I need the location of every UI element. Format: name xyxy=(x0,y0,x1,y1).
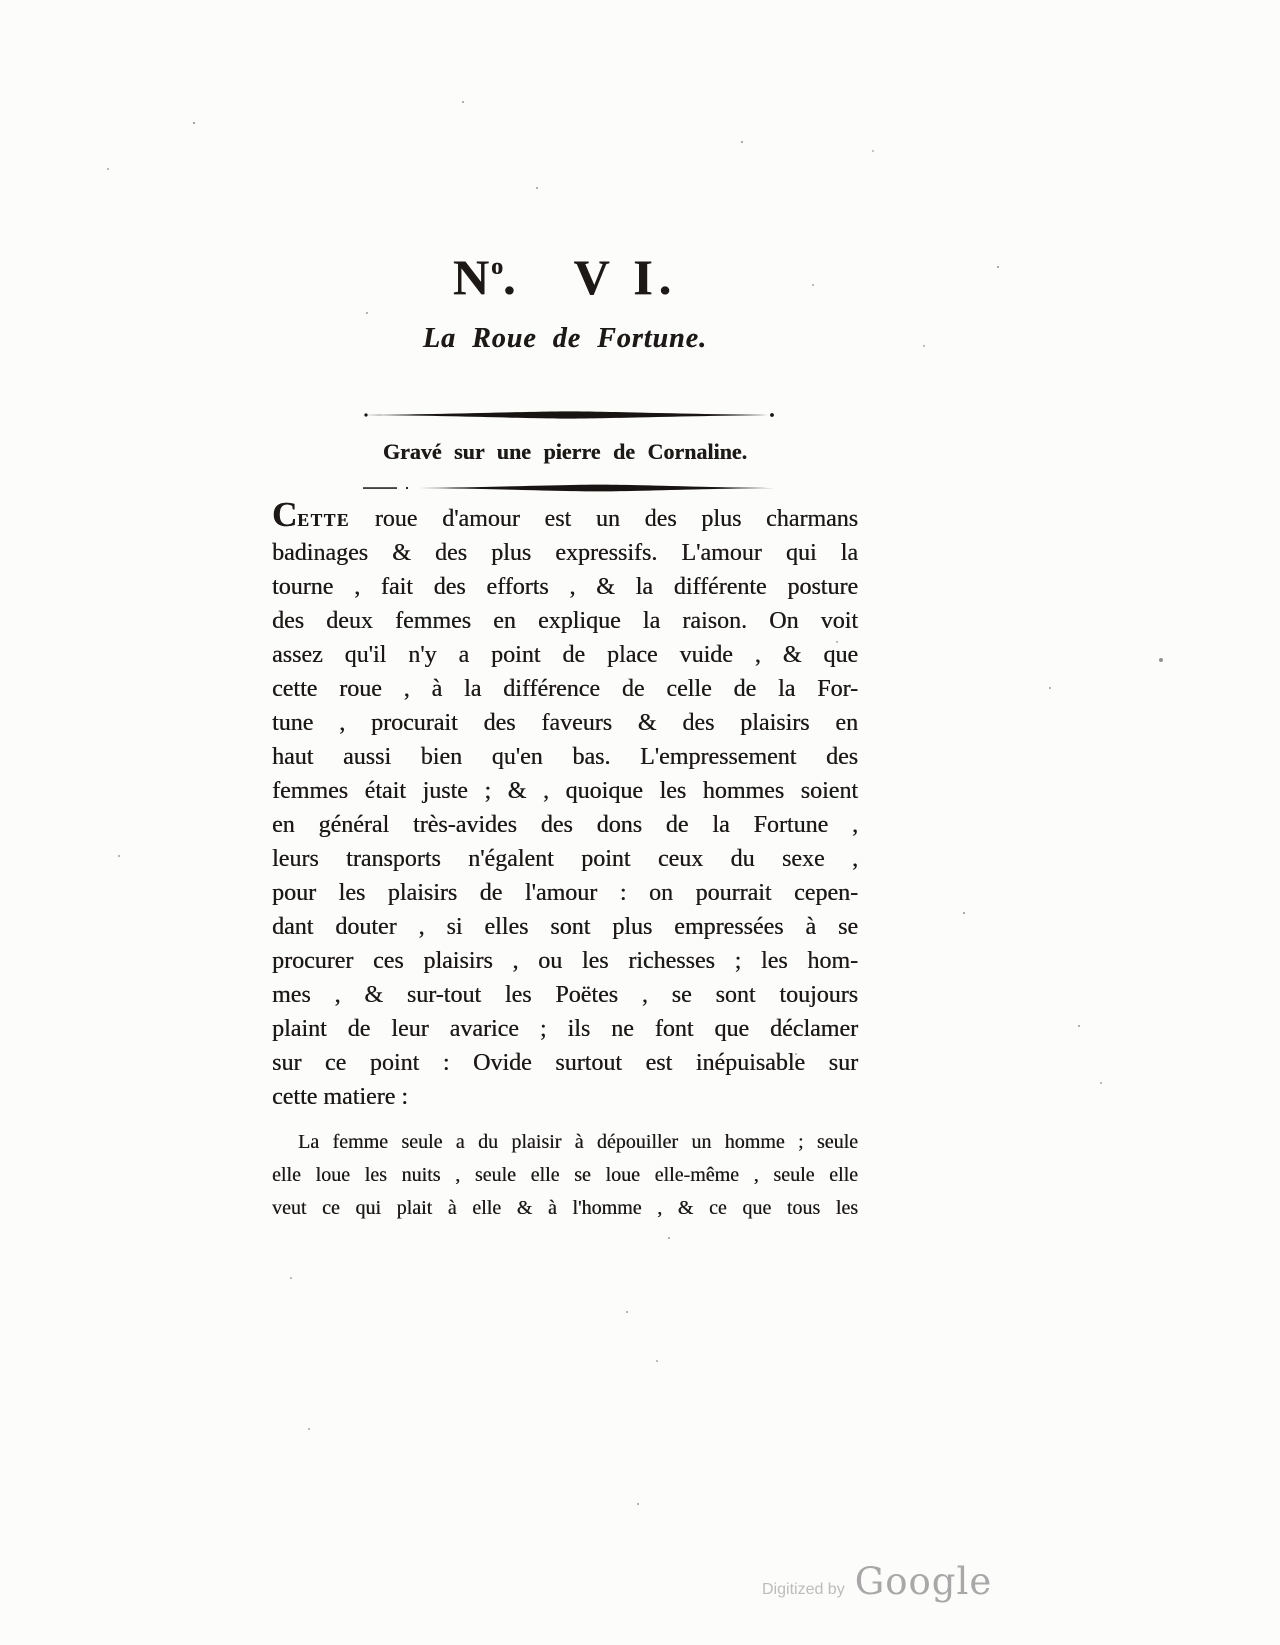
body-line: plaint de leur avarice ; ils ne font que… xyxy=(272,1012,858,1046)
heading-ordinal: o xyxy=(491,254,503,280)
google-watermark: Digitized by Google xyxy=(762,1560,992,1603)
scan-dust-specks xyxy=(0,0,2,2)
scanned-book-page: No.V I. La Roue de Fortune. Gravé sur un… xyxy=(0,0,1280,1645)
body-line: dant douter , si elles sont plus empress… xyxy=(272,910,858,944)
verse-quotation: La femme seule a du plaisir à dépouiller… xyxy=(272,1126,858,1225)
body-line: badinages & des plus expressifs. L'amour… xyxy=(272,536,858,570)
body-line: assez qu'il n'y a point de place vuide ,… xyxy=(272,638,858,672)
quote-line: La femme seule a du plaisir à dépouiller… xyxy=(272,1126,858,1159)
engraving-caption: Gravé sur une pierre de Cornaline. xyxy=(272,438,858,466)
body-line: haut aussi bien qu'en bas. L'empressemen… xyxy=(272,740,858,774)
body-line: leurs transports n'égalent point ceux du… xyxy=(272,842,858,876)
body-line: femmes était juste ; & , quoique les hom… xyxy=(272,774,858,808)
body-line: procurer ces plaisirs , ou les richesses… xyxy=(272,944,858,978)
body-line: cette matiere : xyxy=(272,1080,858,1114)
plate-title: La Roue de Fortune. xyxy=(272,322,858,356)
heading-dot: . xyxy=(503,249,518,305)
dropcap-initial: C xyxy=(272,495,297,534)
lead-smallcaps: ETTE xyxy=(297,510,350,530)
heading-letter: N xyxy=(453,249,491,305)
body-line: CETTE roue d'amour est un des plus charm… xyxy=(272,502,858,536)
body-paragraph: CETTE roue d'amour est un des plus charm… xyxy=(272,502,858,1114)
body-line: tourne , fait des efforts , & la différe… xyxy=(272,570,858,604)
quote-line: veut ce qui plait à elle & à l'homme , &… xyxy=(272,1192,858,1225)
heading-numeral: V I. xyxy=(573,249,677,305)
ornamental-swell-rule-bottom xyxy=(363,483,775,493)
body-line: cette roue , à la différence de celle de… xyxy=(272,672,858,706)
quote-line: elle loue les nuits , seule elle se loue… xyxy=(272,1159,858,1192)
body-line: des deux femmes en explique la raison. O… xyxy=(272,604,858,638)
body-line-text: roue d'amour est un des plus charmans xyxy=(375,506,858,532)
ornamental-swell-rule-top xyxy=(363,410,775,420)
body-line: sur ce point : Ovide surtout est inépuis… xyxy=(272,1046,858,1080)
body-line: pour les plaisirs de l'amour : on pourra… xyxy=(272,876,858,910)
body-line: en général très-avides des dons de la Fo… xyxy=(272,808,858,842)
digitized-by-label: Digitized by xyxy=(762,1581,845,1599)
body-line: tune , procurait des faveurs & des plais… xyxy=(272,706,858,740)
page-heading: No.V I. xyxy=(272,238,858,306)
body-line: mes , & sur-tout les Poëtes , se sont to… xyxy=(272,978,858,1012)
google-logo: Google xyxy=(855,1560,993,1603)
